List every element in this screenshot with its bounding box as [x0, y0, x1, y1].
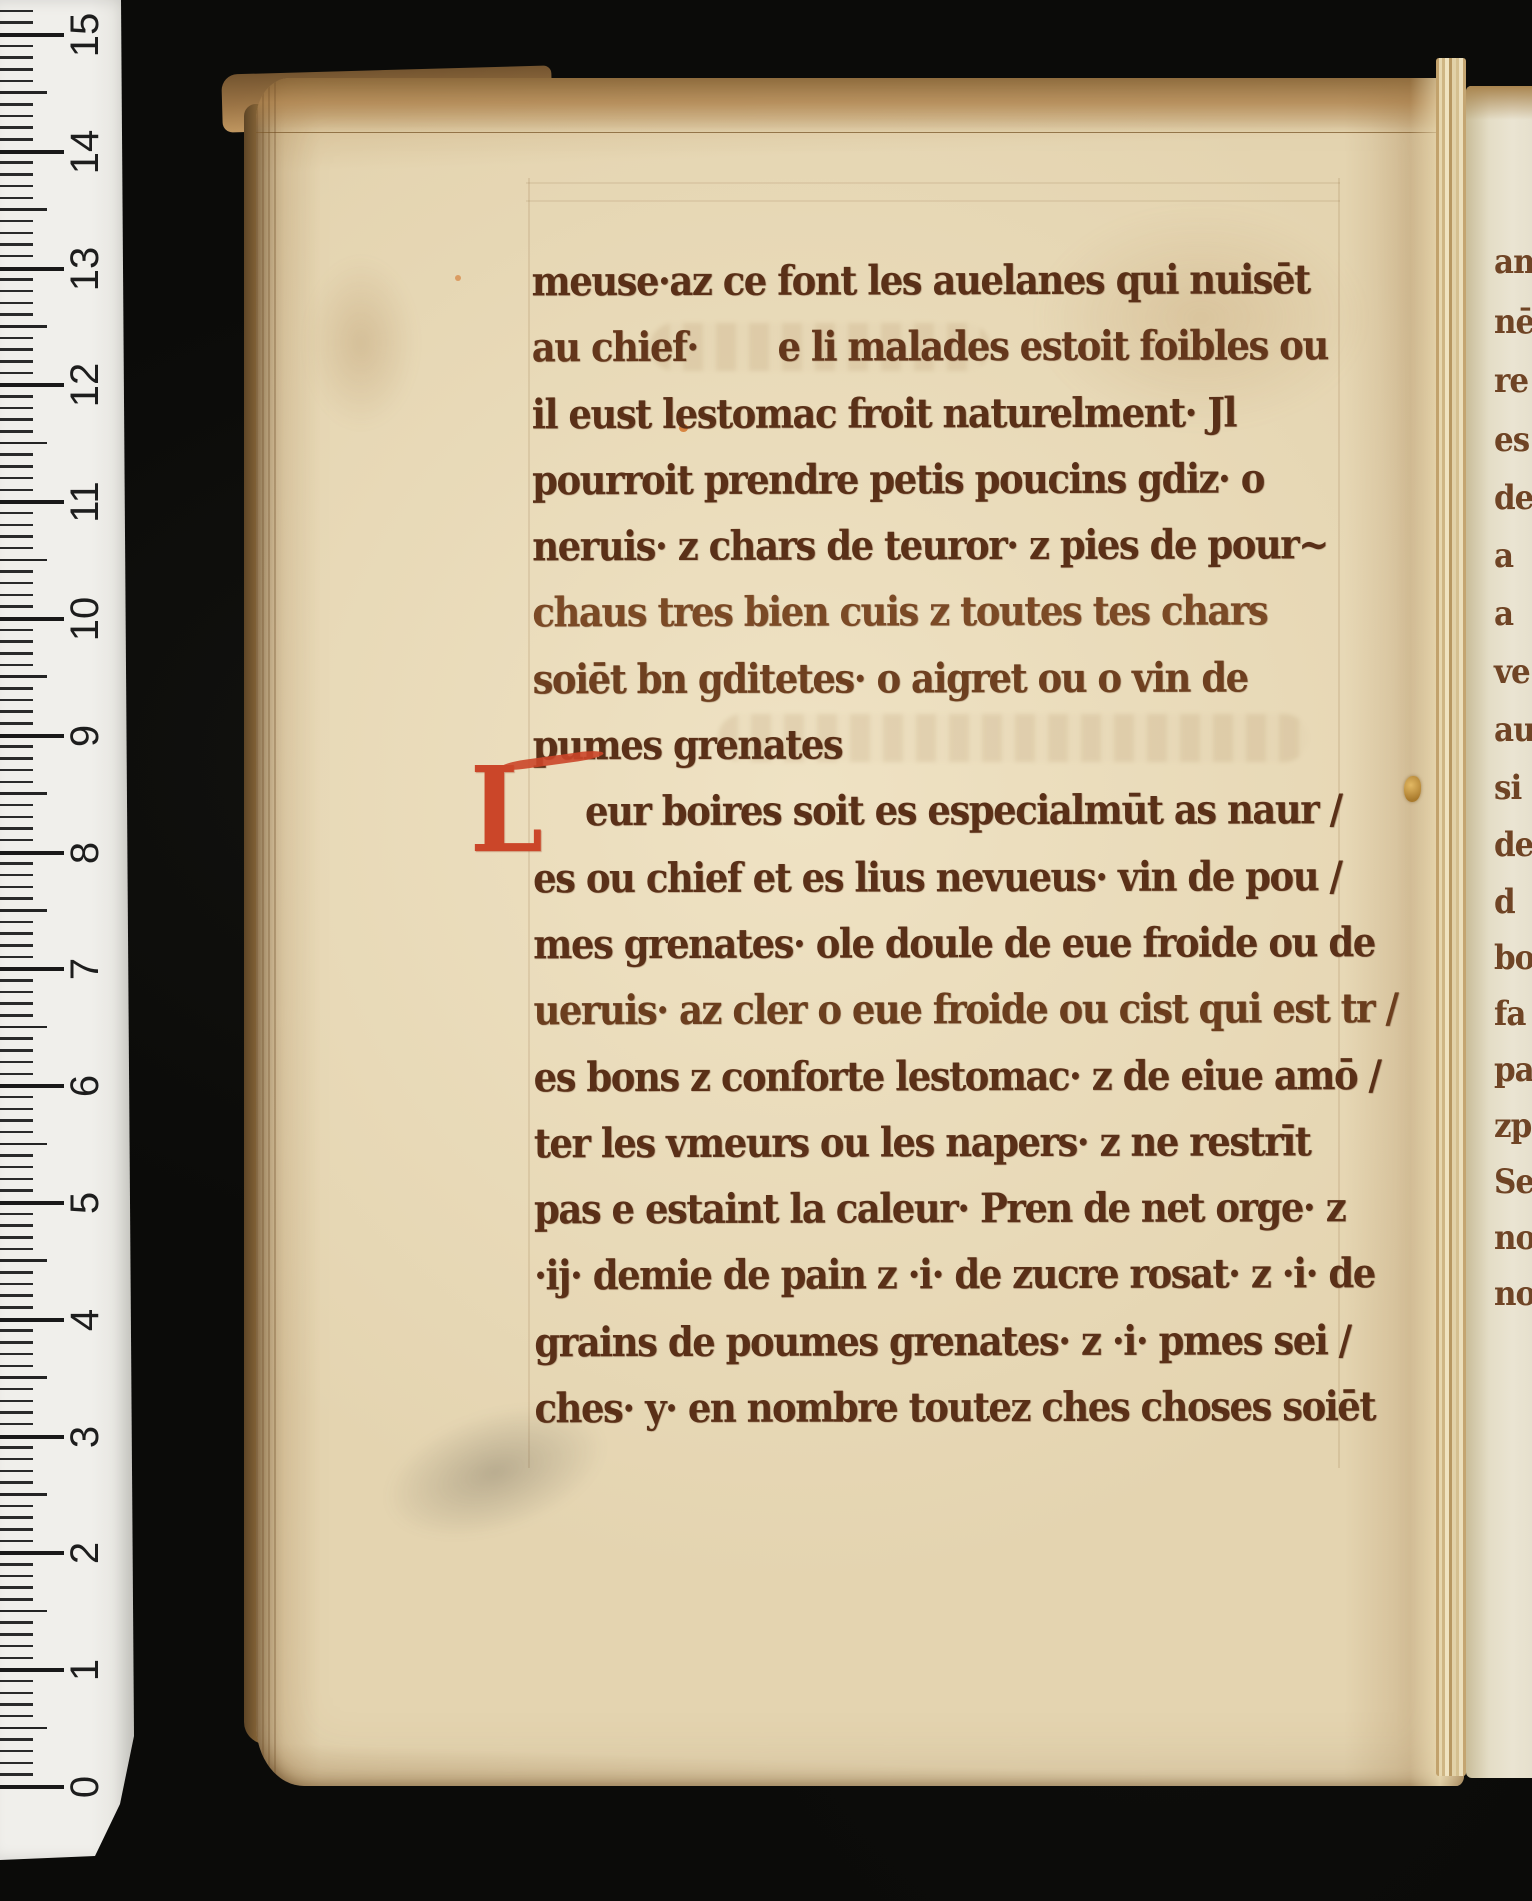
ruler-tick [0, 80, 33, 83]
facing-page-fragment: a [1494, 537, 1513, 576]
ruler-tick [0, 1715, 33, 1718]
manuscript-line: chaus tres bien cuis z toutes tes chars [532, 574, 1360, 649]
facing-page-fragment: nē [1494, 303, 1532, 342]
ruler-number: 5 [63, 1180, 107, 1226]
ruler-tick [0, 1026, 47, 1029]
ruler-tick [0, 1049, 33, 1052]
ruler-tick [0, 21, 33, 24]
ruler-tick [0, 1213, 33, 1216]
ruler-number: 14 [63, 129, 107, 175]
ruler-tick [0, 407, 33, 410]
ruler-tick [0, 33, 64, 37]
ruler: 0123456789101112131415 [0, 0, 134, 1860]
ruler-tick [0, 91, 47, 94]
ruler-number: 8 [63, 830, 107, 876]
facing-page-fragment: de [1494, 826, 1532, 865]
ruler-number: 0 [63, 1764, 107, 1810]
ruler-tick [0, 56, 33, 59]
ruler-tick [0, 1376, 47, 1379]
ruler-tick [0, 430, 33, 433]
ruler-tick [0, 1738, 33, 1741]
ruler-tick [0, 243, 33, 246]
brown-stain [306, 258, 416, 428]
ruler-tick [0, 1400, 33, 1403]
text-block: meuse·az ce font les auelanes qui nuisēt… [531, 246, 1362, 1442]
facing-page-fragment: ve [1494, 653, 1530, 692]
facing-page-fragment: pa [1494, 1051, 1532, 1090]
ruler-tick [0, 1575, 33, 1578]
ruler-tick [0, 909, 47, 912]
ruler-number: 4 [63, 1297, 107, 1343]
ruler-tick [0, 524, 33, 527]
page-left-edge [256, 78, 276, 1786]
ruler-tick [0, 1353, 33, 1356]
ruler-tick [0, 1680, 33, 1683]
facing-page-fragment: si [1494, 769, 1521, 808]
ruler-tick [0, 1341, 33, 1344]
ruler-tick [0, 267, 64, 271]
ruler-tick [0, 1481, 33, 1484]
ruler-tick [0, 559, 47, 562]
ruler-tick [0, 792, 47, 795]
facing-page-fragment: zp [1494, 1107, 1531, 1146]
ruler-tick [0, 1598, 33, 1601]
ruler-tick [0, 1388, 33, 1391]
ruler-tick [0, 138, 33, 141]
ruler-tick [0, 816, 33, 819]
ruler-tick [0, 1108, 33, 1111]
ruler-tick [0, 255, 33, 258]
ruler-tick [0, 220, 33, 223]
ruler-tick [0, 594, 33, 597]
ruler-number: 6 [63, 1063, 107, 1109]
ruler-number: 3 [63, 1414, 107, 1460]
facing-page-fragment: no [1494, 1219, 1532, 1258]
orange-speck [455, 275, 461, 281]
ruler-tick [0, 1540, 33, 1543]
manuscript-line: ches· y· en nombre toutez ches choses so… [534, 1370, 1362, 1445]
ruler-tick [0, 150, 64, 154]
manuscript-line: grains de poumes grenates· z ·i· pmes se… [534, 1303, 1362, 1378]
ruler-tick [0, 1224, 33, 1227]
ruler-tick [0, 1692, 33, 1695]
ruler-tick [0, 1189, 33, 1192]
ruler-tick [0, 699, 33, 702]
facing-page: amnēreesdeaaveausidedbofapazpSenono [1466, 86, 1532, 1778]
ruler-tick [0, 395, 33, 398]
ruler-tick [0, 1329, 33, 1332]
ruler-tick [0, 745, 33, 748]
ruler-tick [0, 944, 33, 947]
ruler-tick [0, 115, 33, 118]
ruler-number: 12 [63, 362, 107, 408]
ruler-tick [0, 1002, 33, 1005]
ruler-tick [0, 1516, 33, 1519]
ruler-tick [0, 781, 33, 784]
ruler-tick [0, 337, 33, 340]
ruler-tick [0, 1493, 47, 1496]
ruler-tick [0, 173, 33, 176]
ruler-tick [0, 629, 33, 632]
red-initial-L: L [470, 756, 576, 886]
ruler-ticks: 0123456789101112131415 [0, 0, 134, 1860]
ruler-tick [0, 1446, 33, 1449]
ruler-tick [0, 1668, 64, 1672]
ruler-tick [0, 582, 33, 585]
ruler-tick [0, 1727, 47, 1730]
ruler-tick [0, 769, 33, 772]
facing-page-fragment: bo [1494, 939, 1532, 978]
ruler-tick [0, 1621, 33, 1624]
ruler-number: 7 [63, 946, 107, 992]
ruler-tick [0, 465, 33, 468]
ruler-tick [0, 897, 33, 900]
ruler-tick [0, 710, 33, 713]
ruler-tick [0, 1762, 33, 1765]
ruler-tick [0, 1096, 33, 1099]
ruler-number: 13 [63, 246, 107, 292]
facing-page-fragment: am [1494, 243, 1532, 282]
ruler-tick [0, 1061, 33, 1064]
ruler-tick [0, 570, 33, 573]
ruler-tick [0, 734, 64, 738]
ruler-tick [0, 290, 33, 293]
ruler-tick [0, 1365, 33, 1368]
ruler-tick [0, 1084, 64, 1088]
manuscript-photo: { "scene": { "description": "Medieval pa… [0, 0, 1532, 1901]
ruler-tick [0, 1633, 33, 1636]
ruler-tick [0, 68, 33, 71]
manuscript-line: soiēt bn gditetes· o aigret ou o vin de [532, 640, 1360, 715]
ruler-tick [0, 1586, 33, 1589]
ruler-number: 15 [63, 12, 107, 58]
ruler-tick [0, 1294, 33, 1297]
ruler-tick [0, 757, 33, 760]
manuscript-line: pas e estaint la caleur· Pren de net org… [534, 1171, 1362, 1246]
ruler-number: 11 [63, 479, 107, 525]
facing-page-fragment: fa [1494, 995, 1525, 1034]
manuscript-line: ueruis· az cler o eue froide ou cist qui… [533, 972, 1361, 1047]
ruler-tick [0, 208, 47, 211]
ruler-tick [0, 372, 33, 375]
ruler-tick [0, 979, 33, 982]
facing-page-fragment: Se [1494, 1163, 1532, 1202]
ruler-tick [0, 1154, 33, 1157]
ruler-tick [0, 383, 64, 387]
ruler-number: 10 [63, 596, 107, 642]
ruler-tick [0, 839, 33, 842]
manuscript-line: pourroit prendre petis poucins gdiz· o [532, 441, 1360, 516]
ruler-tick [0, 804, 33, 807]
ruler-tick [0, 348, 33, 351]
facing-page-fragment: a [1494, 595, 1513, 634]
ruler-tick [0, 1073, 33, 1076]
ruler-tick [0, 617, 64, 621]
ruler-tick [0, 1037, 33, 1040]
manuscript-line: il eust lestomac froit naturelment· Jl [532, 375, 1360, 450]
ruler-tick [0, 45, 33, 48]
ruler-tick [0, 103, 33, 106]
ruler-number: 1 [63, 1647, 107, 1693]
ruler-tick [0, 1318, 64, 1322]
ruler-tick [0, 1610, 47, 1613]
ruler-tick [0, 442, 47, 445]
ruler-tick [0, 1178, 33, 1181]
ruler-tick [0, 1505, 33, 1508]
manuscript-line: meuse·az ce font les auelanes qui nuisēt [531, 243, 1359, 318]
gold-fleck [1404, 776, 1421, 802]
manuscript-line: es bons z conforte lestomac· z de eiue a… [534, 1038, 1362, 1113]
ruler-tick [0, 1470, 33, 1473]
ruler-tick [0, 1131, 33, 1134]
ruler-tick [0, 652, 33, 655]
ruler-tick [0, 418, 33, 421]
ruler-number: 9 [63, 713, 107, 759]
ruler-tick [0, 1645, 33, 1648]
ruler-tick [0, 1785, 64, 1789]
manuscript-line: es ou chief et es lius nevueus· vin de p… [533, 839, 1361, 914]
ruler-tick [0, 1458, 33, 1461]
ruler-tick [0, 956, 33, 959]
facing-page-fragment: re [1494, 362, 1528, 401]
ruler-tick [0, 360, 33, 363]
ruler-number: 2 [63, 1530, 107, 1576]
ruler-tick [0, 1119, 33, 1122]
ruler-tick [0, 1248, 33, 1251]
ruler-tick [0, 921, 33, 924]
ruler-tick [0, 161, 33, 164]
ruler-tick [0, 1271, 33, 1274]
ruler-tick [0, 605, 33, 608]
ruler-tick [0, 1259, 47, 1262]
ruler-tick [0, 675, 47, 678]
ruler-tick [0, 967, 64, 971]
ruler-tick [0, 126, 33, 129]
manuscript-line: neruis· z chars de teuror· z pies de pou… [532, 508, 1360, 583]
ruler-tick [0, 1423, 33, 1426]
ruler-tick [0, 851, 64, 855]
ruler-tick [0, 512, 33, 515]
ruler-tick [0, 1411, 33, 1414]
ruler-tick [0, 1236, 33, 1239]
ruler-tick [0, 477, 33, 480]
ruler-tick [0, 687, 33, 690]
manuscript-line: ·ij· demie de pain z ·i· de zucre rosat·… [534, 1237, 1362, 1312]
ruler-tick [0, 1166, 33, 1169]
ruler-tick [0, 664, 33, 667]
ruler-tick [0, 1306, 33, 1309]
manuscript-line: mes grenates· ole doule de eue froide ou… [533, 906, 1361, 981]
facing-page-fragment: es [1494, 421, 1529, 460]
ruler-tick [0, 453, 33, 456]
ruler-tick [0, 1435, 64, 1439]
ruler-tick [0, 862, 33, 865]
page-top-edge [256, 78, 1464, 133]
ruler-tick [0, 874, 33, 877]
ruler-tick [0, 489, 33, 492]
facing-page-fragment: d [1494, 883, 1515, 922]
ruler-tick [0, 991, 33, 994]
ruler-tick [0, 827, 33, 830]
ruler-tick [0, 640, 33, 643]
ruler-tick [0, 1657, 33, 1660]
ruler-tick [0, 547, 33, 550]
ruler-tick [0, 886, 33, 889]
ruler-tick [0, 500, 64, 504]
facing-page-fragment: au [1494, 711, 1532, 750]
ruler-tick [0, 1201, 64, 1205]
ruler-tick [0, 325, 47, 328]
ruler-tick [0, 932, 33, 935]
facing-page-fragment: de [1494, 479, 1532, 518]
ruler-tick [0, 1703, 33, 1706]
ruler-tick [0, 1283, 33, 1286]
ruler-tick [0, 1551, 64, 1555]
manuscript-line: eur boires soit es especialmūt as naur / [533, 773, 1361, 848]
book-gutter [1436, 58, 1466, 1776]
ruler-tick [0, 722, 33, 725]
ruler-tick [0, 1143, 47, 1146]
ruled-line-top [526, 182, 1340, 184]
ruler-tick [0, 1014, 33, 1017]
ruler-tick [0, 278, 33, 281]
ruler-tick [0, 535, 33, 538]
ruler-tick [0, 1563, 33, 1566]
ruled-line-top2 [526, 200, 1340, 202]
ruler-tick [0, 313, 33, 316]
ruler-tick [0, 232, 33, 235]
ruler-tick [0, 10, 33, 13]
manuscript-line: ter les vmeurs ou les napers· z ne restr… [534, 1104, 1362, 1179]
ruler-tick [0, 1750, 33, 1753]
ruler-tick [0, 302, 33, 305]
ruler-tick [0, 1773, 33, 1776]
ruler-tick [0, 185, 33, 188]
ruler-tick [0, 197, 33, 200]
manuscript-line: au chief· e li malades estoit foibles ou [532, 309, 1360, 384]
facing-page-fragment: no [1494, 1275, 1532, 1314]
manuscript-line: pumes grenates [533, 707, 1361, 782]
ruler-tick [0, 1528, 33, 1531]
